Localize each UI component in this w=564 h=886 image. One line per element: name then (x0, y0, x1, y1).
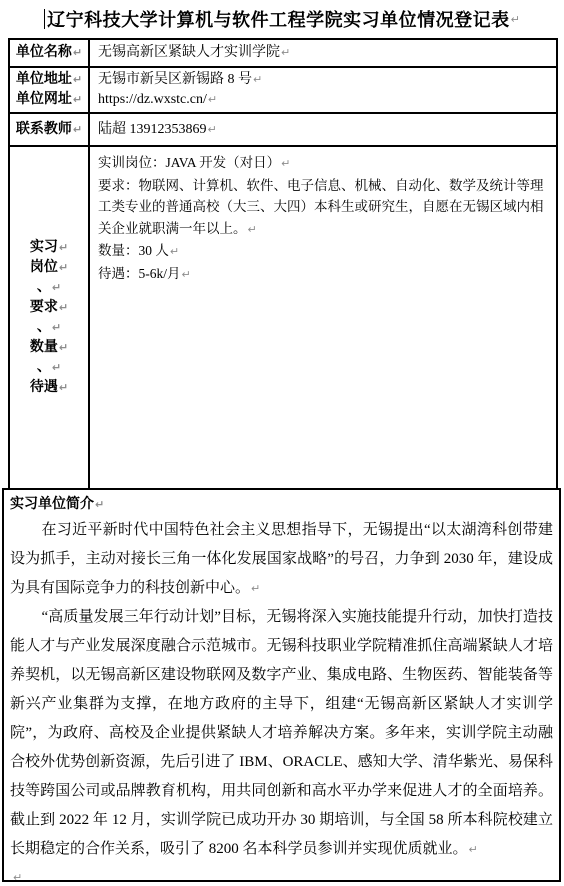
paragraph-mark-icon: ↵ (59, 301, 68, 314)
paragraph-mark-icon: ↵ (59, 381, 68, 394)
unit-name-label: 单位名称 (16, 45, 72, 60)
document-page: 辽宁科技大学计算机与软件工程学院实习单位情况登记表 ↵ 单位名称↵ 无锡高新区紧… (0, 0, 564, 886)
empty-paragraph: ↵ (10, 864, 553, 882)
unit-address-label-line: 单位地址↵ (10, 70, 88, 90)
paragraph-mark-icon: ↵ (52, 281, 61, 294)
position-label-line: 要求 (30, 300, 58, 315)
unit-name-value-cell: 无锡高新区紧缺人才实训学院↵ (89, 39, 557, 67)
intro-heading-line: 实习单位简介↵ (10, 494, 553, 516)
paragraph-mark-icon: ↵ (73, 73, 82, 86)
paragraph-mark-icon: ↵ (469, 843, 478, 856)
unit-name-value: 无锡高新区紧缺人才实训学院 (98, 45, 280, 60)
paragraph-mark-icon: ↵ (511, 13, 520, 26)
position-label-line: 待遇 (30, 380, 58, 395)
position-details-cell: 实训岗位：JAVA 开发（对日）↵ 要求：物联网、计算机、软件、电子信息、机械、… (89, 146, 557, 489)
paragraph-mark-icon: ↵ (251, 582, 260, 595)
paragraph-mark-icon: ↵ (52, 361, 61, 374)
page-title: 辽宁科技大学计算机与软件工程学院实习单位情况登记表 (47, 6, 510, 32)
paragraph-mark-icon: ↵ (281, 46, 290, 59)
position-label-cell: 实习↵ 岗位↵ 、↵ 要求↵ 、↵ 数量↵ 、↵ 待遇↵ (9, 146, 89, 489)
unit-address-value-line: 无锡市新吴区新锡路 8 号↵ (98, 70, 554, 90)
paragraph-mark-icon: ↵ (59, 261, 68, 274)
paragraph-mark-icon: ↵ (170, 245, 179, 258)
text-cursor (44, 9, 45, 29)
job-requirements-line: 要求：物联网、计算机、软件、电子信息、机械、自动化、数学及统计等理工类专业的普通… (98, 175, 552, 241)
unit-address-label: 单位地址 (16, 72, 72, 87)
paragraph-mark-icon: ↵ (52, 321, 61, 334)
paragraph-mark-icon: ↵ (208, 93, 217, 106)
paragraph-mark-icon: ↵ (59, 341, 68, 354)
paragraph-mark-icon: ↵ (253, 73, 262, 86)
unit-address-value: 无锡市新吴区新锡路 8 号 (98, 72, 252, 87)
position-label-line: 数量 (30, 340, 58, 355)
paragraph-mark-icon: ↵ (13, 871, 22, 882)
paragraph-mark-icon: ↵ (95, 498, 104, 511)
paragraph-mark-icon: ↵ (73, 93, 82, 106)
paragraph-mark-icon: ↵ (281, 157, 290, 170)
intro-paragraph: 在习近平新时代中国特色社会主义思想指导下，无锡提出“以太湖湾科创带建设为抓手，主… (10, 516, 553, 603)
contact-teacher-label: 联系教师 (16, 122, 72, 137)
unit-website-value-line: https://dz.wxstc.cn/↵ (98, 90, 554, 110)
paragraph-mark-icon: ↵ (59, 241, 68, 254)
unit-website-label-line: 单位网址↵ (10, 90, 88, 110)
form-row-contact-teacher: 联系教师↵ 陆超 13912353869↵ (9, 113, 557, 146)
address-website-label-cell: 单位地址↵ 单位网址↵ (9, 67, 89, 113)
form-row-address-website: 单位地址↵ 单位网址↵ 无锡市新吴区新锡路 8 号↵ https://dz.wx… (9, 67, 557, 113)
paragraph-mark-icon: ↵ (73, 46, 82, 59)
position-label-line: 、 (37, 320, 51, 335)
address-website-value-cell: 无锡市新吴区新锡路 8 号↵ https://dz.wxstc.cn/↵ (89, 67, 557, 113)
contact-teacher-label-cell: 联系教师↵ (9, 113, 89, 146)
unit-name-label-cell: 单位名称↵ (9, 39, 89, 67)
form-row-unit-name: 单位名称↵ 无锡高新区紧缺人才实训学院↵ (9, 39, 557, 67)
intro-paragraph: “高质量发展三年行动计划”目标，无锡将深入实施技能提升行动，加快打造技能人才与产… (10, 603, 553, 864)
position-label-line: 、 (37, 280, 51, 295)
paragraph-mark-icon: ↵ (182, 268, 191, 281)
paragraph-mark-icon: ↵ (208, 123, 217, 136)
contact-teacher-value-cell: 陆超 13912353869↵ (89, 113, 557, 146)
position-label-line: 岗位 (30, 260, 58, 275)
job-quantity-line: 数量：30 人↵ (98, 240, 552, 263)
paragraph-mark-icon: ↵ (248, 223, 257, 236)
title-row: 辽宁科技大学计算机与软件工程学院实习单位情况登记表 ↵ (0, 0, 564, 38)
paragraph-mark-icon: ↵ (73, 123, 82, 136)
unit-website-label: 单位网址 (16, 92, 72, 107)
form-row-position-details: 实习↵ 岗位↵ 、↵ 要求↵ 、↵ 数量↵ 、↵ 待遇↵ 实训岗位：JAVA 开… (9, 146, 557, 489)
intro-heading: 实习单位简介 (10, 497, 94, 512)
contact-teacher-value: 陆超 13912353869 (98, 122, 207, 137)
job-position-line: 实训岗位：JAVA 开发（对日）↵ (98, 152, 552, 175)
job-salary-line: 待遇：5-6k/月↵ (98, 263, 552, 286)
intro-section: 实习单位简介↵ 在习近平新时代中国特色社会主义思想指导下，无锡提出“以太湖湾科创… (2, 488, 561, 882)
unit-website-value: https://dz.wxstc.cn/ (98, 92, 207, 107)
position-label-line: 、 (37, 360, 51, 375)
position-label-line: 实习 (30, 240, 58, 255)
registration-form-table: 单位名称↵ 无锡高新区紧缺人才实训学院↵ 单位地址↵ 单位网址↵ 无锡市新吴区新… (8, 38, 558, 490)
